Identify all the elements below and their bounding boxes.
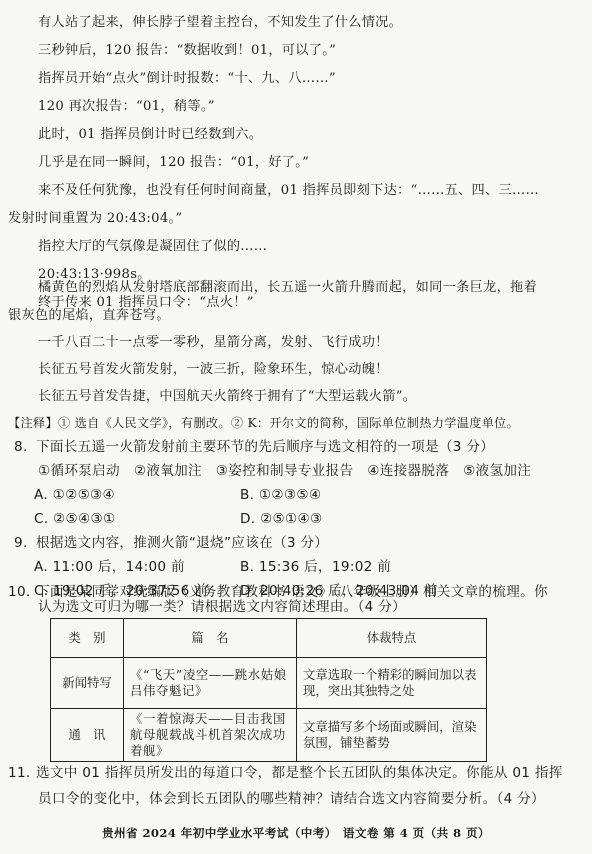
option-a[interactable]: A. ①②⑤③④ (34, 486, 115, 504)
passage-line: 橘黄色的烈焰从发射塔底部翻滚而出，长五遥一火箭升腾而起，如同一条巨龙，拖着 (38, 279, 537, 297)
passage-line: 120 再次报告：“01，稍等。” (38, 98, 215, 116)
table-row: 通 讯 《一着惊海天——目击我国航母舰载战斗机首架次成功着舰》 文章描写多个场面… (51, 709, 487, 762)
passage-line: 指控大厅的气氛像是凝固住了似的…… (38, 238, 267, 256)
option-a[interactable]: A. 11:00 后，14:00 前 (34, 558, 185, 576)
question-11: 11.选文中 01 指挥员所发出的每道口令，都是整个长五团队的集体决定。你能从 … (8, 764, 563, 782)
genre-table: 类 别 篇 名 体裁特点 新闻特写 《“飞天”凌空——跳水姑娘吕伟夺魁记》 文章… (50, 618, 487, 762)
option-c[interactable]: C. ②⑤④③① (34, 510, 115, 528)
passage-line: 指挥员开始“点火”倒计时报数：“十、九、八……” (38, 70, 336, 88)
question-11-stem-cont: 员口令的变化中，体会到长五团队的哪些精神？请结合选文内容简要分析。（4 分） (38, 790, 545, 808)
question-stem: 根据选文内容，推测火箭“退烧”应该在（3 分） (36, 535, 328, 551)
question-stem: 下面长五遥一火箭发射前主要环节的先后顺序与选文相符的一项是（3 分） (36, 439, 494, 455)
page-footer: 贵州省 2024 年初中学业水平考试（中考） 语文卷 第 4 页（共 8 页） (0, 825, 592, 841)
question-number: 10. (8, 583, 36, 601)
passage-line: 几乎是在同一瞬间，120 报告：“01，好了。” (38, 154, 309, 172)
question-number: 8. (14, 438, 36, 456)
question-number: 9. (14, 534, 36, 552)
table-cell-category: 新闻特写 (51, 658, 124, 709)
passage-line: 长征五号首发告捷，中国航天火箭终于拥有了“大型运载火箭”。 (38, 388, 416, 406)
passage-line: 来不及任何犹豫，也没有任何时间商量，01 指挥员即刻下达：“……五、四、三…… (38, 182, 539, 200)
table-row: 新闻特写 《“飞天”凌空——跳水姑娘吕伟夺魁记》 文章选取一个精彩的瞬间加以表现… (51, 658, 487, 709)
option-d[interactable]: D. ②⑤①④③ (240, 510, 322, 528)
exam-page: 有人站了起来，伸长脖子望着主控台，不知发生了什么情况。 三秒钟后，120 报告：… (0, 0, 592, 854)
table-cell-feature: 文章选取一个精彩的瞬间加以表现，突出其独特之处 (297, 658, 487, 709)
passage-line: 三秒钟后，120 报告：“数据收到！01，可以了。” (38, 42, 336, 60)
annotation-note: 【注释】① 选自《人民文学》，有删改。② K：开尔文的简称，国际单位制热力学温度… (8, 414, 519, 432)
passage-line: 一千八百二十一点零一零秒，星箭分离，发射、飞行成功！ (38, 334, 389, 352)
question-9: 9.根据选文内容，推测火箭“退烧”应该在（3 分） (14, 534, 328, 552)
question-stem: 选文中 01 指挥员所发出的每道口令，都是整个长五团队的集体决定。你能从 01 … (36, 765, 563, 781)
question-10-stem-cont: 认为选文可归为哪一类？请根据选文内容简述理由。（4 分） (38, 598, 406, 616)
question-number: 11. (8, 764, 36, 782)
table-header: 类 别 (51, 619, 124, 658)
table-header-row: 类 别 篇 名 体裁特点 (51, 619, 487, 658)
passage-line: 此时，01 指挥员倒计时已经数到六。 (38, 126, 262, 144)
table-header: 篇 名 (124, 619, 297, 658)
table-header: 体裁特点 (297, 619, 487, 658)
passage-line: 发射时间重置为 20:43:04。” (8, 210, 182, 228)
table-cell-feature: 文章描写多个场面或瞬间，渲染氛围，铺垫蓄势 (297, 709, 487, 762)
option-b[interactable]: B. 15:36 后，19:02 前 (240, 558, 391, 576)
passage-line: 银灰色的尾焰，直奔苍穹。 (8, 307, 170, 325)
option-b[interactable]: B. ①②③⑤④ (240, 486, 321, 504)
table-cell-category: 通 讯 (51, 709, 124, 762)
passage-line: 有人站了起来，伸长脖子望着主控台，不知发生了什么情况。 (38, 14, 402, 32)
table-cell-title: 《一着惊海天——目击我国航母舰载战斗机首架次成功着舰》 (124, 709, 297, 762)
table-cell-title: 《“飞天”凌空——跳水姑娘吕伟夺魁记》 (124, 658, 297, 709)
question-8: 8.下面长五遥一火箭发射前主要环节的先后顺序与选文相符的一项是（3 分） (14, 438, 494, 456)
question-8-items: ①循环泵启动 ②液氧加注 ③姿控和制导专业报告 ④连接器脱落 ⑤液氢加注 (38, 462, 531, 480)
passage-line: 长征五号首发火箭发射，一波三折，险象环生，惊心动魄！ (38, 361, 389, 379)
